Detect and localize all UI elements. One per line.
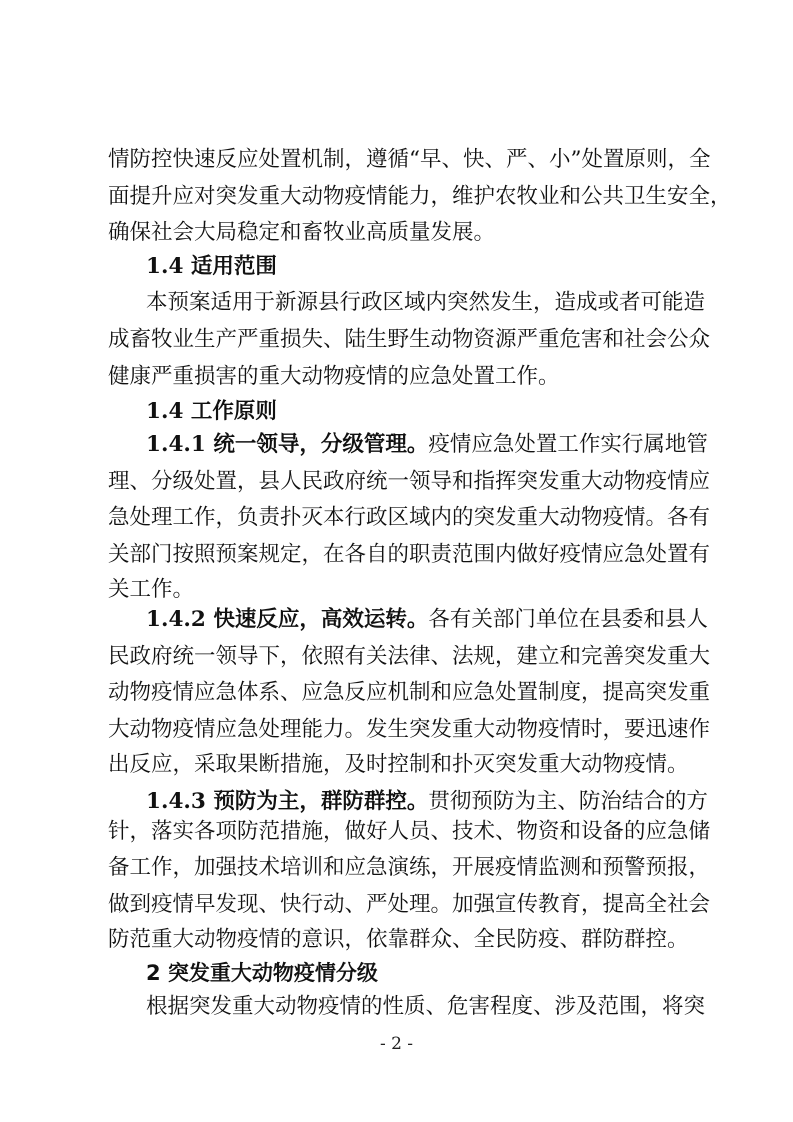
paragraph-line: 备工作，加强技术培训和应急演练，开展疫情监测和预警预报， xyxy=(108,855,700,881)
section-heading-classification: 2 突发重大动物疫情分级 xyxy=(146,960,700,986)
principle-2-line: 1.4.2 快速反应，高效运转。各有关部门单位在县委和县人 xyxy=(146,607,700,633)
paragraph-line: 针，落实各项防范措施，做好人员、技术、物资和设备的应急储 xyxy=(108,819,700,845)
paragraph-line: 确保社会大局稳定和畜牧业高质量发展。 xyxy=(108,220,700,246)
principle-3-line: 1.4.3 预防为主，群防群控。贯彻预防为主、防治结合的方 xyxy=(146,789,700,815)
paragraph-line: 关工作。 xyxy=(108,577,700,603)
paragraph-line: 防范重大动物疫情的意识，依靠群众、全民防疫、群防群控。 xyxy=(108,927,700,953)
paragraph-line: 情防控快速反应处置机制，遵循“早、快、严、小”处置原则，全 xyxy=(108,147,700,173)
principle-1-title: 1.4.1 统一领导，分级管理。 xyxy=(146,432,428,457)
paragraph-line: 理、分级处置，县人民政府统一领导和指挥突发重大动物疫情应 xyxy=(108,469,700,495)
principle-3-title: 1.4.3 预防为主，群防群控。 xyxy=(146,789,428,814)
paragraph-line: 面提升应对突发重大动物疫情能力，维护农牧业和公共卫生安全， xyxy=(108,184,700,210)
paragraph-line: 做到疫情早发现、快行动、严处理。加强宣传教育，提高全社会 xyxy=(108,892,700,918)
paragraph-line: 出反应，采取果断措施，及时控制和扑灭突发重大动物疫情。 xyxy=(108,752,700,778)
paragraph-line: 健康严重损害的重大动物疫情的应急处置工作。 xyxy=(108,364,700,390)
principle-3-text: 贯彻预防为主、防治结合的方 xyxy=(428,789,708,814)
principle-2-text: 各有关部门单位在县委和县人 xyxy=(428,607,708,632)
section-heading-principles: 1.4 工作原则 xyxy=(146,399,700,425)
principle-1-line: 1.4.1 统一领导，分级管理。疫情应急处置工作实行属地管 xyxy=(146,432,700,458)
paragraph-line: 急处理工作，负责扑灭本行政区域内的突发重大动物疫情。各有 xyxy=(108,505,700,531)
document-page: 情防控快速反应处置机制，遵循“早、快、严、小”处置原则，全 面提升应对突发重大动… xyxy=(0,0,793,1122)
paragraph-line: 本预案适用于新源县行政区域内突然发生，造成或者可能造 xyxy=(146,290,700,316)
paragraph-line: 关部门按照预案规定，在各自的职责范围内做好疫情应急处置有 xyxy=(108,542,700,568)
page-number: - 2 - xyxy=(0,1034,793,1054)
paragraph-line: 动物疫情应急体系、应急反应机制和应急处置制度，提高突发重 xyxy=(108,680,700,706)
paragraph-line: 民政府统一领导下，依照有关法律、法规，建立和完善突发重大 xyxy=(108,644,700,670)
principle-1-text: 疫情应急处置工作实行属地管 xyxy=(428,432,708,457)
section-heading-scope: 1.4 适用范围 xyxy=(146,254,700,280)
paragraph-line: 成畜牧业生产严重损失、陆生野生动物资源严重危害和社会公众 xyxy=(108,327,700,353)
paragraph-line: 根据突发重大动物疫情的性质、危害程度、涉及范围，将突 xyxy=(146,994,700,1020)
principle-2-title: 1.4.2 快速反应，高效运转。 xyxy=(146,607,428,632)
paragraph-line: 大动物疫情应急处理能力。发生突发重大动物疫情时，要迅速作 xyxy=(108,717,700,743)
